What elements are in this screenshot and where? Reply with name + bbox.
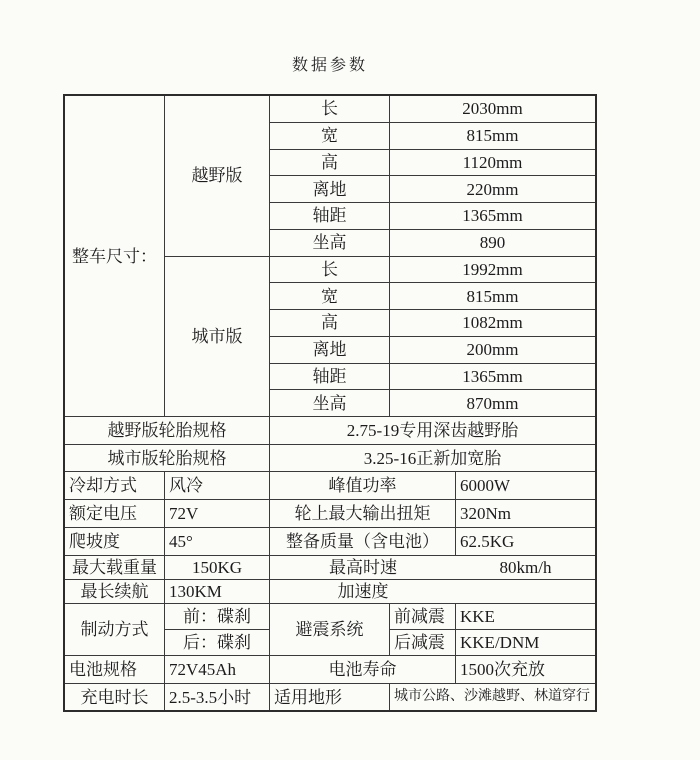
dim-label-cell: 坐高 — [270, 230, 390, 257]
battery-life-value-cell: 1500次充放 — [456, 656, 595, 684]
tire-spec-value-cell: 3.25-16正新加宽胎 — [270, 445, 595, 472]
suspension-front-label-cell: 前减震 — [390, 604, 456, 630]
spec-value-cell: 6000W — [456, 472, 595, 500]
tire-spec-value-cell: 2.75-19专用深齿越野胎 — [270, 417, 595, 445]
page-title: 数据参数 — [63, 52, 597, 75]
battery-life-label-cell: 电池寿命 — [270, 656, 456, 684]
tire-spec-label-cell: 越野版轮胎规格 — [65, 417, 270, 445]
dim-label-cell: 离地 — [270, 337, 390, 364]
dim-value-cell: 870mm — [390, 390, 595, 417]
dim-value-cell: 1365mm — [390, 203, 595, 230]
braking-front-cell: 前：碟刹 — [165, 604, 270, 630]
spec-label-cell: 冷却方式 — [65, 472, 165, 500]
dim-label-cell: 坐高 — [270, 390, 390, 417]
braking-rear-cell: 后：碟刹 — [165, 630, 270, 656]
suspension-rear-value-cell: KKE/DNM — [456, 630, 595, 656]
dim-value-cell: 815mm — [390, 283, 595, 310]
suspension-label-cell: 避震系统 — [270, 604, 390, 656]
spec-label-cell: 最高时速 — [270, 556, 456, 580]
dim-label-cell: 轴距 — [270, 364, 390, 391]
dim-value-cell: 1365mm — [390, 364, 595, 391]
terrain-value-cell: 城市公路、沙滩越野、林道穿行 — [390, 684, 595, 710]
spec-value-cell: 150KG — [165, 556, 270, 580]
dim-value-cell: 1082mm — [390, 310, 595, 337]
dim-label-cell: 宽 — [270, 283, 390, 310]
spec-value-cell — [456, 580, 595, 604]
spec-label-cell: 轮上最大输出扭矩 — [270, 500, 456, 528]
suspension-rear-label-cell: 后减震 — [390, 630, 456, 656]
dim-label-cell: 离地 — [270, 176, 390, 203]
charge-time-label-cell: 充电时长 — [65, 684, 165, 710]
dim-value-cell: 200mm — [390, 337, 595, 364]
vehicle-size-header-cell: 整车尺寸： — [65, 96, 165, 417]
spec-label-cell: 加速度 — [270, 580, 456, 604]
spec-label-cell: 峰值功率 — [270, 472, 456, 500]
spec-value-cell: 45° — [165, 528, 270, 556]
braking-label-cell: 制动方式 — [65, 604, 165, 656]
spec-label-cell: 额定电压 — [65, 500, 165, 528]
spec-value-cell: 130KM — [165, 580, 270, 604]
spec-label-cell: 最大载重量 — [65, 556, 165, 580]
terrain-label-cell: 适用地形 — [270, 684, 390, 710]
spec-table: 整车尺寸： 越野版 城市版 长 2030mm 宽 815mm 高 1120mm … — [63, 94, 597, 712]
spec-value-cell: 320Nm — [456, 500, 595, 528]
spec-label-cell: 爬坡度 — [65, 528, 165, 556]
dim-value-cell: 1992mm — [390, 257, 595, 284]
charge-time-value-cell: 2.5-3.5小时 — [165, 684, 270, 710]
dim-label-cell: 宽 — [270, 123, 390, 150]
spec-value-cell: 62.5KG — [456, 528, 595, 556]
spec-value-cell: 80km/h — [456, 556, 595, 580]
spec-value-cell: 风冷 — [165, 472, 270, 500]
dim-value-cell: 1120mm — [390, 150, 595, 177]
battery-spec-label-cell: 电池规格 — [65, 656, 165, 684]
spec-label-cell: 整备质量（含电池） — [270, 528, 456, 556]
spec-value-cell: 72V — [165, 500, 270, 528]
dim-value-cell: 890 — [390, 230, 595, 257]
dim-label-cell: 轴距 — [270, 203, 390, 230]
dim-value-cell: 2030mm — [390, 96, 595, 123]
tire-spec-label-cell: 城市版轮胎规格 — [65, 445, 270, 472]
city-version-cell: 城市版 — [165, 257, 270, 418]
dim-label-cell: 长 — [270, 257, 390, 284]
spec-label-cell: 最长续航 — [65, 580, 165, 604]
suspension-front-value-cell: KKE — [456, 604, 595, 630]
dim-label-cell: 高 — [270, 150, 390, 177]
dim-value-cell: 220mm — [390, 176, 595, 203]
dim-value-cell: 815mm — [390, 123, 595, 150]
dim-label-cell: 高 — [270, 310, 390, 337]
dim-label-cell: 长 — [270, 96, 390, 123]
offroad-version-cell: 越野版 — [165, 96, 270, 257]
battery-spec-value-cell: 72V45Ah — [165, 656, 270, 684]
